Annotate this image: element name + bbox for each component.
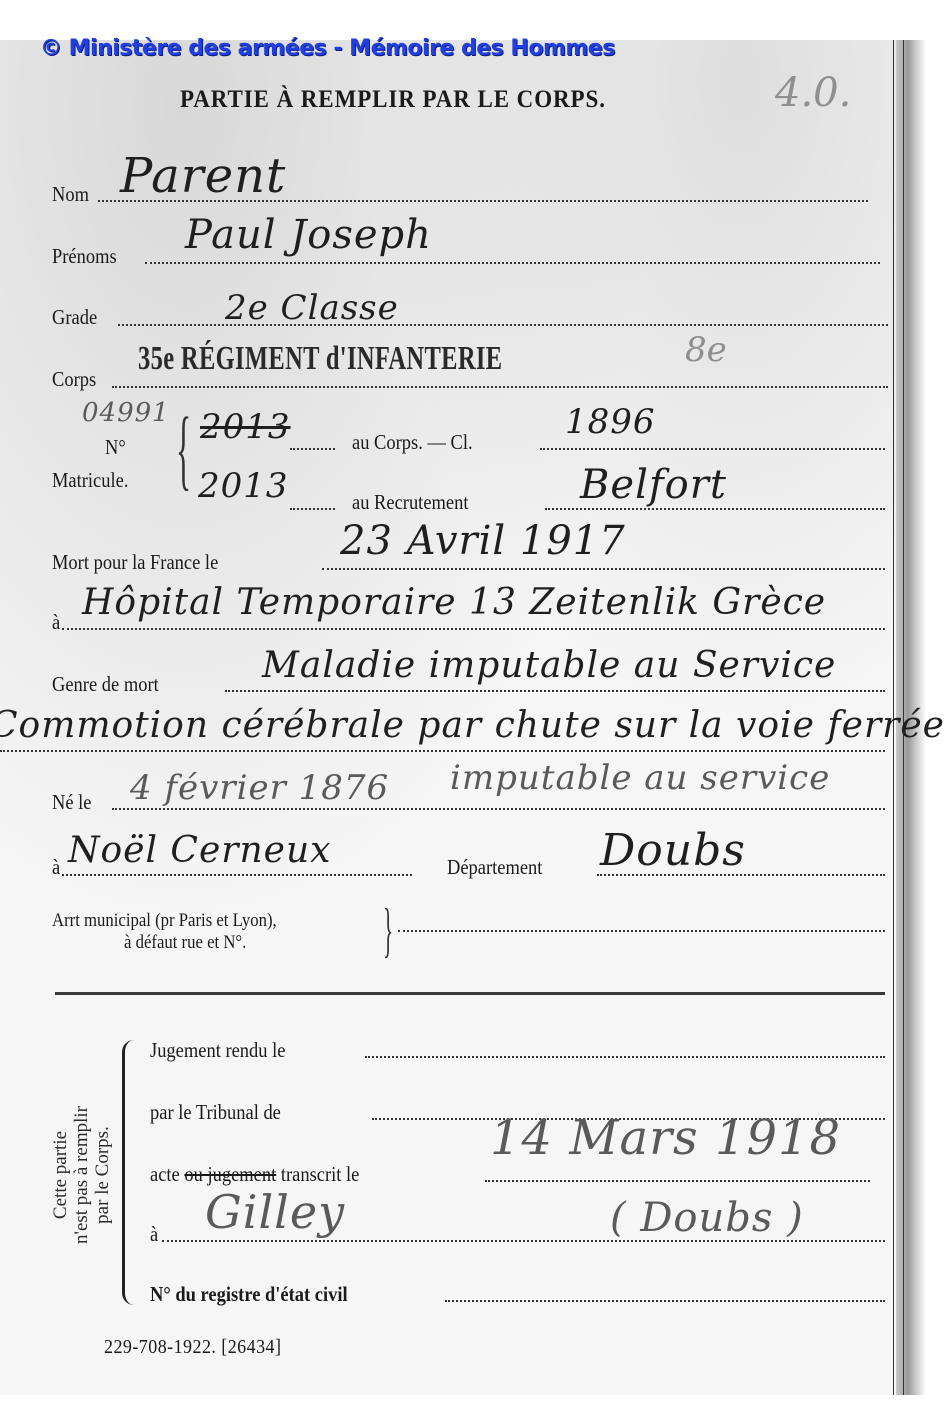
grade-value: 2e Classe — [225, 288, 399, 328]
au-recrutement-number: 2013 — [198, 466, 289, 506]
au-recrutement-label: au Recrutement — [352, 490, 468, 515]
arrondissement-label: Arrt municipal (pr Paris et Lyon), — [52, 910, 277, 932]
acte-label-suffix: transcrit le — [281, 1162, 360, 1186]
acte-label: acte ou jugement transcrit le — [150, 1162, 359, 1187]
mort-label: Mort pour la France le — [52, 550, 218, 575]
au-corps-number-struck: 2013 — [200, 407, 291, 447]
genre-mort-value-line3: imputable au service — [450, 758, 830, 798]
naissance-value: 4 février 1876 — [130, 768, 389, 808]
acte-label-prefix: acte — [150, 1162, 180, 1186]
lieu-acte-value: Gilley — [205, 1185, 345, 1239]
corps-pencil-annotation: 8e — [685, 330, 727, 370]
genre-mort-value-line2: Commotion cérébrale par chute sur la voi… — [0, 705, 944, 746]
mort-date-value: 23 Avril 1917 — [340, 518, 626, 564]
naissance-label: Né le — [52, 790, 92, 815]
au-corps-number-line — [290, 448, 335, 450]
classe-value: 1896 — [565, 402, 656, 442]
corps-label: Corps — [52, 367, 96, 392]
lieu-naissance-line — [62, 874, 412, 876]
genre-mort-value: Maladie imputable au Service — [262, 645, 836, 686]
matricule-no-label: N° — [105, 435, 126, 460]
naissance-line — [112, 808, 885, 810]
form-print-reference: 229-708-1922. [26434] — [104, 1336, 281, 1359]
side-note: Cette partie n'est pas à remplir par le … — [50, 1060, 113, 1290]
au-corps-label: au Corps. — Cl. — [352, 430, 473, 455]
prenoms-value: Paul Joseph — [185, 212, 432, 258]
registre-line — [445, 1300, 885, 1302]
side-note-line: Cette partie — [50, 1060, 71, 1290]
registre-label: N° du registre d'état civil — [150, 1282, 348, 1307]
prenoms-label: Prénoms — [52, 244, 117, 269]
lieu-mort-line — [62, 628, 885, 630]
departement-label: Département — [447, 855, 542, 880]
lieu-mort-value: Hôpital Temporaire 13 Zeitenlik Grèce — [82, 582, 826, 623]
nom-label: Nom — [52, 182, 89, 207]
lieu-mort-label: à — [52, 610, 60, 635]
genre-mort-label: Genre de mort — [52, 672, 159, 697]
corner-pencil-mark: 4.0. — [775, 70, 851, 116]
side-note-line: par le Corps. — [92, 1060, 113, 1290]
matricule-brace: { — [176, 405, 191, 495]
matricule-annotation: 04991 — [82, 398, 170, 428]
classe-line — [540, 448, 885, 450]
lieu-naissance-label: à — [52, 855, 60, 880]
genre-mort-line — [225, 690, 885, 692]
section-divider — [55, 992, 885, 995]
copyright-watermark: © Ministère des armées - Mémoire des Hom… — [40, 36, 615, 61]
matricule-label: Matricule. — [52, 468, 128, 493]
departement-value: Doubs — [600, 825, 746, 876]
grade-label: Grade — [52, 305, 97, 330]
acte-line — [485, 1180, 870, 1182]
lieu-naissance-value: Noël Cerneux — [68, 830, 331, 871]
au-recrutement-line — [545, 508, 885, 510]
lieu-acte-label: à — [150, 1222, 158, 1247]
arrondissement-label-line2: à défaut rue et N°. — [124, 932, 246, 954]
prenoms-line — [145, 262, 880, 264]
lieu-acte-dept: ( Doubs ) — [610, 1195, 804, 1241]
lower-section-brace — [122, 1040, 137, 1305]
form-heading: PARTIE À REMPLIR PAR LE CORPS. — [180, 86, 606, 114]
jugement-line — [365, 1056, 885, 1058]
side-note-line: n'est pas à remplir — [71, 1060, 92, 1290]
au-recrutement-number-line — [290, 508, 335, 510]
arrondissement-brace: } — [383, 900, 393, 960]
arrondissement-line — [398, 930, 885, 932]
corps-line — [112, 386, 888, 388]
acte-date-value: 14 Mars 1918 — [490, 1110, 841, 1166]
au-recrutement-value: Belfort — [580, 462, 727, 508]
genre-mort-continuation-line — [0, 750, 885, 752]
nom-value: Parent — [120, 148, 286, 204]
jugement-label: Jugement rendu le — [150, 1038, 285, 1063]
acte-label-struck: ou jugement — [184, 1162, 276, 1186]
regiment-stamp: 35e RÉGIMENT d'INFANTERIE — [138, 340, 502, 378]
mort-line — [322, 568, 885, 570]
tribunal-label: par le Tribunal de — [150, 1100, 281, 1125]
